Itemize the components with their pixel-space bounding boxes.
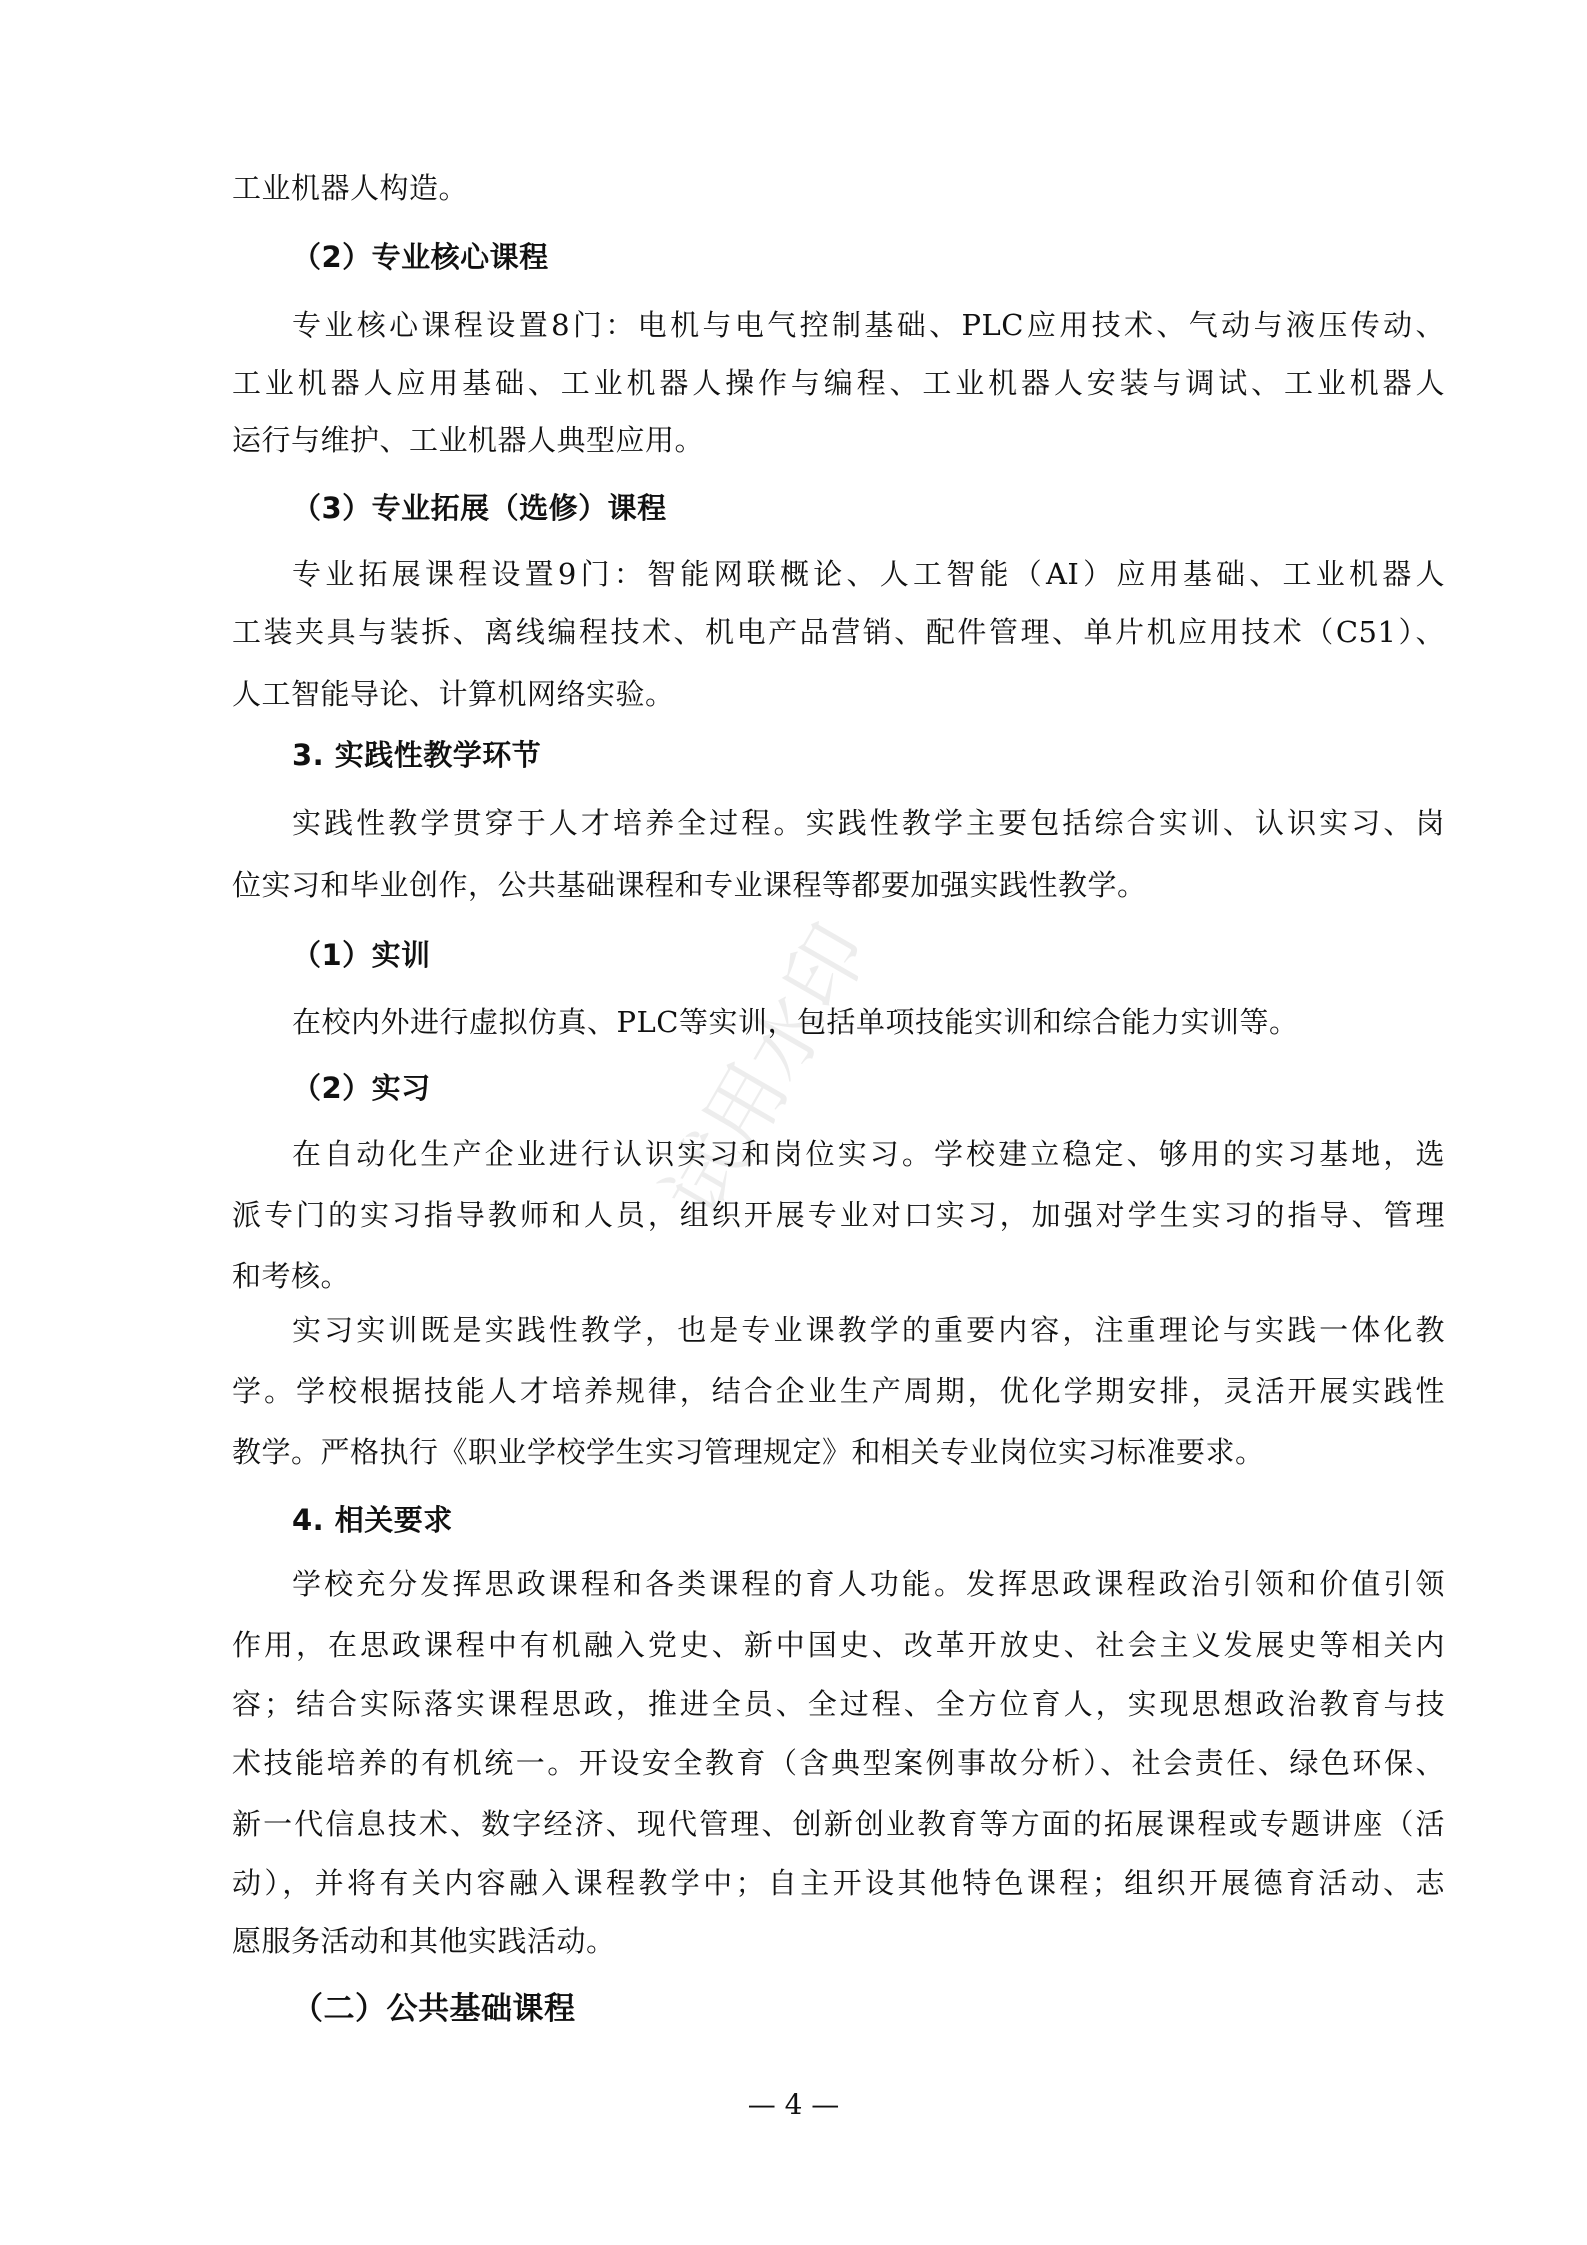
paragraph-line: 新一代信息技术、数字经济、现代管理、创新创业教育等方面的拓展课程或专题讲座（活 [232, 1806, 1445, 1842]
paragraph-line: 实习实训既是实践性教学，也是专业课教学的重要内容，注重理论与实践一体化教 [292, 1312, 1445, 1348]
watermark: 试用水印 [630, 900, 890, 1235]
section-heading: 3. 实践性教学环节 [292, 737, 541, 773]
paragraph-line: 和考核。 [232, 1258, 350, 1294]
paragraph-line: 愿服务活动和其他实践活动。 [232, 1923, 616, 1959]
paragraph-line: 容；结合实际落实课程思政，推进全员、全过程、全方位育人，实现思想政治教育与技 [232, 1686, 1445, 1722]
section-heading: （2）专业核心课程 [292, 239, 549, 275]
paragraph-line: 工装夹具与装拆、离线编程技术、机电产品营销、配件管理、单片机应用技术（C51）、 [232, 614, 1445, 650]
section-heading: （2）实习 [292, 1070, 431, 1106]
paragraph-line: 动），并将有关内容融入课程教学中；自主开设其他特色课程；组织开展德育活动、志 [232, 1865, 1445, 1901]
paragraph-line: 专业拓展课程设置9门：智能网联概论、人工智能（AI）应用基础、工业机器人 [292, 556, 1445, 592]
paragraph-line: 位实习和毕业创作，公共基础课程和专业课程等都要加强实践性教学。 [232, 867, 1147, 903]
paragraph-line: 派专门的实习指导教师和人员，组织开展专业对口实习，加强对学生实习的指导、管理 [232, 1197, 1445, 1233]
paragraph-line: 人工智能导论、计算机网络实验。 [232, 676, 675, 712]
paragraph-line: 专业核心课程设置8门：电机与电气控制基础、PLC应用技术、气动与液压传动、 [292, 307, 1445, 343]
paragraph-line: 学校充分发挥思政课程和各类课程的育人功能。发挥思政课程政治引领和价值引领 [292, 1566, 1445, 1602]
paragraph-line: 在自动化生产企业进行认识实习和岗位实习。学校建立稳定、够用的实习基地，选 [292, 1136, 1445, 1172]
paragraph-line: 教学。严格执行《职业学校学生实习管理规定》和相关专业岗位实习标准要求。 [232, 1434, 1265, 1470]
section-heading: （3）专业拓展（选修）课程 [292, 490, 667, 526]
paragraph-line: 术技能培养的有机统一。开设安全教育（含典型案例事故分析）、社会责任、绿色环保、 [232, 1745, 1445, 1781]
paragraph-line: 工业机器人构造。 [232, 170, 468, 206]
paragraph-line: 学。学校根据技能人才培养规律，结合企业生产周期，优化学期安排，灵活开展实践性 [232, 1373, 1445, 1409]
section-heading: （1）实训 [292, 937, 431, 973]
section-heading: （二）公共基础课程 [292, 1991, 576, 2027]
paragraph-line: 工业机器人应用基础、工业机器人操作与编程、工业机器人安装与调试、工业机器人 [232, 365, 1445, 401]
paragraph-line: 作用，在思政课程中有机融入党史、新中国史、改革开放史、社会主义发展史等相关内 [232, 1627, 1445, 1663]
paragraph-line: 实践性教学贯穿于人才培养全过程。实践性教学主要包括综合实训、认识实习、岗 [292, 805, 1445, 841]
page-number: — 4 — [0, 2088, 1587, 2121]
paragraph-line: 运行与维护、工业机器人典型应用。 [232, 422, 704, 458]
paragraph-line: 在校内外进行虚拟仿真、PLC等实训，包括单项技能实训和综合能力实训等。 [292, 1004, 1298, 1040]
section-heading: 4. 相关要求 [292, 1502, 453, 1538]
